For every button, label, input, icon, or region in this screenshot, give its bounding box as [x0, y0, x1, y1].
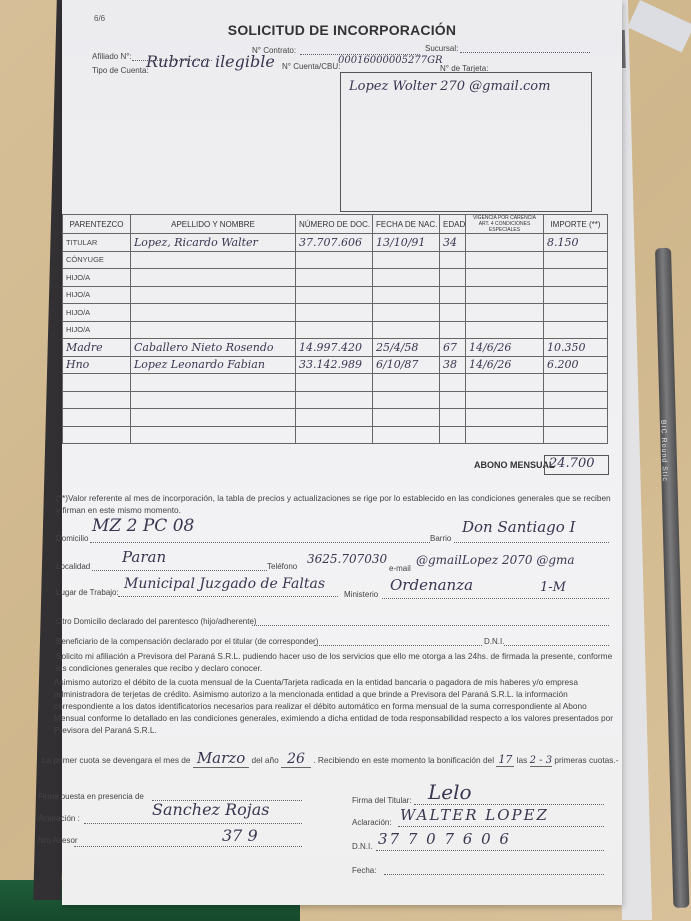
beneficiario-dni-field[interactable]	[504, 645, 609, 646]
ministerio-line	[382, 598, 609, 599]
table-row: HnoLopez Leonardo Fabian33.142.9896/10/8…	[63, 356, 608, 374]
sucursal-field[interactable]	[460, 52, 590, 53]
cell-name[interactable]	[131, 374, 296, 392]
cuota-mes[interactable]: Marzo	[193, 749, 249, 768]
cell-rel[interactable]	[63, 374, 131, 392]
cell-rel[interactable]	[63, 391, 131, 409]
cell-vig[interactable]	[466, 426, 544, 444]
cell-age[interactable]	[440, 304, 466, 322]
domicilio-label: Domicilio	[56, 534, 88, 543]
table-row: TITULARLopez, Ricardo Walter37.707.60613…	[63, 234, 608, 252]
abono-mensual-label: ABONO MENSUAL	[474, 460, 555, 470]
cell-imp[interactable]: 10.350	[544, 339, 608, 357]
beneficiario-dni-label: D.N.I.	[484, 637, 504, 646]
cell-rel[interactable]: CÓNYUGE	[63, 251, 131, 269]
cell-vig[interactable]	[466, 409, 544, 427]
cell-doc[interactable]	[296, 304, 373, 322]
titular-line	[414, 804, 604, 805]
cell-name[interactable]	[131, 426, 296, 444]
cell-doc[interactable]	[296, 286, 373, 304]
cell-age[interactable]	[440, 269, 466, 287]
cell-dob[interactable]	[373, 391, 440, 409]
cell-rel[interactable]	[63, 426, 131, 444]
cell-age[interactable]	[440, 409, 466, 427]
localidad-label: Localidad	[56, 562, 90, 571]
trabajo-label: Lugar de Trabajo:	[56, 588, 119, 597]
dni-line	[376, 850, 604, 851]
cell-rel[interactable]: HIJO/A	[63, 321, 131, 339]
aclaracion-left-label: Aclaración :	[38, 814, 80, 823]
ministerio-extra[interactable]: 1-M	[540, 580, 566, 595]
cell-doc[interactable]	[296, 269, 373, 287]
header-parentezco: PARENTEZCO	[63, 215, 131, 234]
cell-doc[interactable]	[296, 374, 373, 392]
aclaracion-left-line	[84, 823, 302, 824]
legal-paragraph-1: Solicito mi afiliación a Previsora del P…	[56, 650, 616, 674]
form-sheet: 6/6 SOLICITUD DE INCORPORACIÓN Afiliado …	[62, 0, 622, 905]
cuota-anio-label: del año	[252, 755, 279, 765]
cell-rel[interactable]: Hno	[63, 356, 131, 374]
cell-age[interactable]	[440, 374, 466, 392]
cell-dob[interactable]: 13/10/91	[373, 234, 440, 252]
cell-imp[interactable]	[544, 374, 608, 392]
cell-dob[interactable]	[373, 286, 440, 304]
cell-doc[interactable]	[296, 391, 373, 409]
asesor-label: Nro Asesor	[38, 836, 78, 845]
cell-imp[interactable]	[544, 286, 608, 304]
cell-doc[interactable]	[296, 321, 373, 339]
table-row: HIJO/A	[63, 269, 608, 287]
cell-vig[interactable]: 14/6/26	[466, 356, 544, 374]
telefono-value[interactable]: 3625.707030	[307, 552, 387, 566]
header-fecha-nac: FECHA DE NAC.	[373, 215, 440, 234]
cell-name[interactable]	[131, 409, 296, 427]
table-row	[63, 391, 608, 409]
cell-vig[interactable]	[466, 251, 544, 269]
aclaracion-left-value[interactable]: Sanchez Rojas	[152, 800, 269, 819]
email-value[interactable]: @gmailLopez 2070 @gma	[416, 553, 575, 567]
cell-name[interactable]: Lopez, Ricardo Walter	[131, 234, 296, 252]
table-header: PARENTEZCO APELLIDO Y NOMBRE NÚMERO DE D…	[63, 215, 608, 234]
cell-name[interactable]: Caballero Nieto Rosendo	[131, 339, 296, 357]
cell-imp[interactable]	[544, 391, 608, 409]
cell-doc[interactable]: 33.142.989	[296, 356, 373, 374]
cell-doc[interactable]	[296, 409, 373, 427]
table-row: MadreCaballero Nieto Rosendo14.997.42025…	[63, 339, 608, 357]
cell-dob[interactable]	[373, 304, 440, 322]
cell-dob[interactable]	[373, 409, 440, 427]
cell-rel[interactable]	[63, 409, 131, 427]
cell-imp[interactable]	[544, 304, 608, 322]
presencia-label: Firma puesta en presencia de	[38, 792, 144, 801]
legal-paragraph-2: Asimismo autorizo el débito de la cuota …	[54, 676, 616, 736]
cuenta-cbu-label: N° Cuenta/CBU:	[282, 62, 340, 71]
cell-age[interactable]	[440, 321, 466, 339]
dni-value[interactable]: 37 7 0 7 6 0 6	[378, 830, 511, 848]
cell-name[interactable]	[131, 304, 296, 322]
cell-imp[interactable]	[544, 409, 608, 427]
tipo-cuenta-label: Tipo de Cuenta:	[92, 66, 149, 75]
email-label: e-mail	[389, 564, 411, 573]
header-edad: EDAD	[440, 215, 466, 234]
header-apellido-nombre: APELLIDO Y NOMBRE	[131, 215, 296, 234]
aclaracion-right-value[interactable]: WALTER LOPEZ	[400, 806, 549, 824]
titular-signature[interactable]: Lelo	[428, 780, 472, 804]
cell-name[interactable]: Lopez Leonardo Fabian	[131, 356, 296, 374]
telefono-label: Teléfono	[267, 562, 297, 571]
cell-age[interactable]	[440, 286, 466, 304]
header-importe: IMPORTE (**)	[544, 215, 608, 234]
localidad-line	[92, 570, 267, 571]
cell-name[interactable]	[131, 269, 296, 287]
tarjeta-box[interactable]: Lopez Wolter 270 @gmail.com	[340, 72, 592, 212]
cell-vig[interactable]	[466, 304, 544, 322]
beneficiario-label: Beneficiario de la compensación declarad…	[56, 637, 318, 646]
fecha-field[interactable]	[384, 874, 604, 875]
header-numero-doc: NÚMERO DE DOC.	[296, 215, 373, 234]
cell-name[interactable]	[131, 321, 296, 339]
sucursal-label: Sucursal:	[425, 44, 458, 53]
domicilio-value[interactable]: MZ 2 PC 08	[92, 516, 194, 536]
table-row: HIJO/A	[63, 286, 608, 304]
cell-vig[interactable]	[466, 321, 544, 339]
beneficiario-field[interactable]	[314, 645, 482, 646]
cuota-line: La primer cuota se devengara el mes de M…	[42, 752, 617, 767]
cell-imp[interactable]: 8.150	[544, 234, 608, 252]
cuota-prefix: La primer cuota se devengara el mes de	[42, 755, 191, 765]
aclaracion-right-line	[398, 826, 604, 827]
bonif-prefix: . Recibiendo en este momento la bonifica…	[313, 755, 494, 765]
asesor-value[interactable]: 37 9	[222, 826, 258, 845]
tarjeta-box-note: Lopez Wolter 270 @gmail.com	[349, 79, 550, 94]
asesor-line	[74, 846, 302, 847]
ministerio-label: Ministerio	[344, 590, 378, 599]
cell-dob[interactable]	[373, 269, 440, 287]
bonif-cuotas[interactable]: 2 - 3	[530, 755, 552, 767]
table-row	[63, 374, 608, 392]
cell-rel[interactable]: HIJO/A	[63, 286, 131, 304]
cell-name[interactable]	[131, 251, 296, 269]
bonif-pct[interactable]: 17	[496, 753, 514, 767]
bonif-las: las	[517, 755, 528, 765]
cell-vig[interactable]	[466, 391, 544, 409]
fecha-label: Fecha:	[352, 866, 376, 875]
cell-dob[interactable]	[373, 321, 440, 339]
table-row	[63, 426, 608, 444]
domicilio-line	[90, 542, 430, 543]
cell-rel[interactable]: HIJO/A	[63, 304, 131, 322]
paper-corner	[627, 0, 691, 53]
family-table: PARENTEZCO APELLIDO Y NOMBRE NÚMERO DE D…	[62, 214, 608, 444]
cell-vig[interactable]	[466, 234, 544, 252]
cell-dob[interactable]: 6/10/87	[373, 356, 440, 374]
titular-label: Firma del Titular:	[352, 796, 412, 805]
cell-imp[interactable]	[544, 251, 608, 269]
localidad-value[interactable]: Paran	[122, 548, 166, 566]
trabajo-value[interactable]: Municipal Juzgado de Faltas	[124, 576, 325, 592]
cell-vig[interactable]: 14/6/26	[466, 339, 544, 357]
abono-mensual-value[interactable]: 24.700	[544, 455, 609, 475]
cell-imp[interactable]: 6.200	[544, 356, 608, 374]
cell-dob[interactable]	[373, 374, 440, 392]
cell-rel[interactable]: Madre	[63, 339, 131, 357]
cell-doc[interactable]	[296, 251, 373, 269]
cell-imp[interactable]	[544, 426, 608, 444]
cell-age[interactable]	[440, 391, 466, 409]
cell-age[interactable]: 67	[440, 339, 466, 357]
afiliado-label: Afiliado N°:	[92, 52, 132, 61]
cell-age[interactable]	[440, 251, 466, 269]
cell-doc[interactable]: 37.707.606	[296, 234, 373, 252]
cell-name[interactable]	[131, 286, 296, 304]
barrio-label: Barrio	[430, 534, 451, 543]
cell-age[interactable]: 34	[440, 234, 466, 252]
ministerio-value[interactable]: Ordenanza	[390, 576, 473, 594]
cell-dob[interactable]	[373, 251, 440, 269]
tipo-cuenta-signature[interactable]: Rubrica ilegible	[146, 52, 275, 71]
footnote: (**)Valor referente al mes de incorporac…	[56, 492, 611, 516]
cuenta-cbu-value[interactable]: 00016000005277GR	[338, 55, 443, 66]
table-row: HIJO/A	[63, 321, 608, 339]
cell-age[interactable]: 38	[440, 356, 466, 374]
cell-vig[interactable]	[466, 374, 544, 392]
cell-age[interactable]	[440, 426, 466, 444]
cell-dob[interactable]	[373, 426, 440, 444]
table-row: CÓNYUGE	[63, 251, 608, 269]
table-row	[63, 409, 608, 427]
trabajo-line	[118, 596, 338, 597]
cell-doc[interactable]: 14.997.420	[296, 339, 373, 357]
form-title: SOLICITUD DE INCORPORACIÓN	[62, 22, 622, 38]
table-row: HIJO/A	[63, 304, 608, 322]
aclaracion-right-label: Aclaración:	[352, 818, 392, 827]
otro-domicilio-label: Otro Domicilio declarado del parentesco …	[56, 617, 257, 626]
cell-rel[interactable]: HIJO/A	[63, 269, 131, 287]
barrio-line	[454, 542, 609, 543]
cuota-anio[interactable]: 26	[281, 751, 311, 768]
pen-icon	[655, 248, 689, 908]
cell-rel[interactable]: TITULAR	[63, 234, 131, 252]
otro-domicilio-field[interactable]	[252, 625, 609, 626]
cell-dob[interactable]: 25/4/58	[373, 339, 440, 357]
cell-imp[interactable]	[544, 321, 608, 339]
cell-vig[interactable]	[466, 269, 544, 287]
cell-name[interactable]	[131, 391, 296, 409]
bonif-suffix: primeras cuotas.-	[554, 755, 618, 765]
header-vigencia: VIGENCIA POR CARENCIA ART. 4 CONDICIONES…	[466, 215, 544, 234]
cell-vig[interactable]	[466, 286, 544, 304]
cell-imp[interactable]	[544, 269, 608, 287]
cell-doc[interactable]	[296, 426, 373, 444]
barrio-value[interactable]: Don Santiago I	[462, 518, 575, 536]
dni-label: D.N.I.	[352, 842, 372, 851]
